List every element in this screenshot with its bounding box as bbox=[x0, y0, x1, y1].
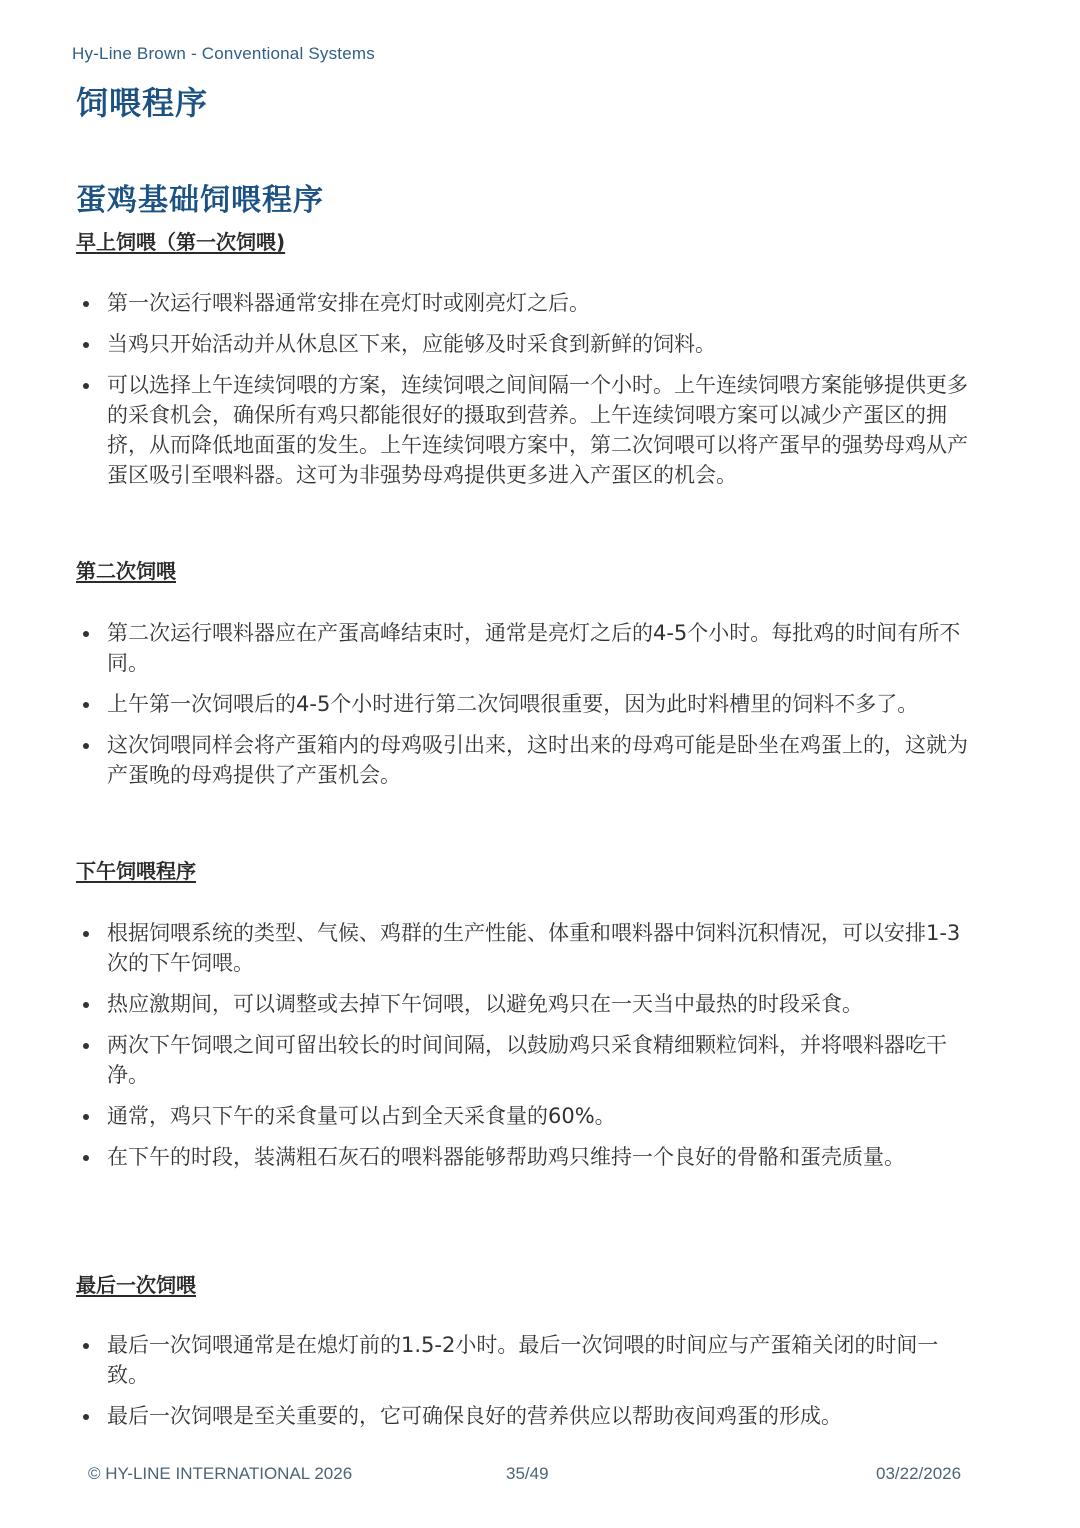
subheading-afternoon-feeding: 下午饲喂程序 bbox=[76, 855, 196, 884]
list-item: 上午第一次饲喂后的4-5个小时进行第二次饲喂很重要，因为此时料槽里的饲料不多了。 bbox=[80, 689, 975, 719]
list-item-text: 当鸡只开始活动并从休息区下来，应能够及时采食到新鲜的饲料。 bbox=[107, 332, 716, 356]
list-item-text: 可以选择上午连续饲喂的方案，连续饲喂之间间隔一个小时。上午连续饲喂方案能够提供更… bbox=[107, 373, 968, 487]
list-item: 两次下午饲喂之间可留出较长的时间间隔，以鼓励鸡只采食精细颗粒饲料，并将喂料器吃干… bbox=[80, 1030, 975, 1090]
list-item: 最后一次饲喂是至关重要的，它可确保良好的营养供应以帮助夜间鸡蛋的形成。 bbox=[80, 1401, 975, 1431]
bullet-icon bbox=[83, 1002, 89, 1008]
list-item: 这次饲喂同样会将产蛋箱内的母鸡吸引出来，这时出来的母鸡可能是卧坐在鸡蛋上的，这就… bbox=[80, 730, 975, 790]
list-item: 通常，鸡只下午的采食量可以占到全天采食量的60%。 bbox=[80, 1101, 975, 1131]
section-title: 蛋鸡基础饲喂程序 bbox=[76, 175, 324, 219]
document-subtitle: Hy-Line Brown - Conventional Systems bbox=[72, 44, 375, 64]
bullet-icon bbox=[83, 702, 89, 708]
list-item-text: 在下午的时段，装满粗石灰石的喂料器能够帮助鸡只维持一个良好的骨骼和蛋壳质量。 bbox=[107, 1145, 905, 1169]
list-item-text: 最后一次饲喂是至关重要的，它可确保良好的营养供应以帮助夜间鸡蛋的形成。 bbox=[107, 1404, 842, 1428]
footer-page-number: 35/49 bbox=[506, 1464, 549, 1484]
list-item: 热应激期间，可以调整或去掉下午饲喂，以避免鸡只在一天当中最热的时段采食。 bbox=[80, 989, 975, 1019]
bullet-icon bbox=[83, 631, 89, 637]
footer-copyright: © HY-LINE INTERNATIONAL 2026 bbox=[88, 1464, 352, 1484]
bullet-icon bbox=[83, 1343, 89, 1349]
document-page: Hy-Line Brown - Conventional Systems 饲喂程… bbox=[0, 0, 1080, 1528]
list-item-text: 通常，鸡只下午的采食量可以占到全天采食量的60%。 bbox=[107, 1104, 616, 1128]
list-item: 可以选择上午连续饲喂的方案，连续饲喂之间间隔一个小时。上午连续饲喂方案能够提供更… bbox=[80, 370, 975, 490]
bullet-icon bbox=[83, 1114, 89, 1120]
list-item: 第二次运行喂料器应在产蛋高峰结束时，通常是亮灯之后的4-5个小时。每批鸡的时间有… bbox=[80, 618, 975, 678]
page-title: 饲喂程序 bbox=[76, 78, 208, 124]
list-item-text: 最后一次饲喂通常是在熄灯前的1.5-2小时。最后一次饲喂的时间应与产蛋箱关闭的时… bbox=[107, 1333, 938, 1387]
bullet-icon bbox=[83, 931, 89, 937]
bullet-icon bbox=[83, 342, 89, 348]
bullet-icon bbox=[83, 383, 89, 389]
subheading-morning-feeding: 早上饲喂（第一次饲喂) bbox=[76, 226, 285, 255]
bullet-list-second-feeding: 第二次运行喂料器应在产蛋高峰结束时，通常是亮灯之后的4-5个小时。每批鸡的时间有… bbox=[80, 618, 975, 801]
list-item-text: 根据饲喂系统的类型、气候、鸡群的生产性能、体重和喂料器中饲料沉积情况，可以安排1… bbox=[107, 921, 960, 975]
list-item: 根据饲喂系统的类型、气候、鸡群的生产性能、体重和喂料器中饲料沉积情况，可以安排1… bbox=[80, 918, 975, 978]
bullet-icon bbox=[83, 1043, 89, 1049]
bullet-icon bbox=[83, 1414, 89, 1420]
list-item-text: 两次下午饲喂之间可留出较长的时间间隔，以鼓励鸡只采食精细颗粒饲料，并将喂料器吃干… bbox=[107, 1033, 947, 1087]
list-item: 最后一次饲喂通常是在熄灯前的1.5-2小时。最后一次饲喂的时间应与产蛋箱关闭的时… bbox=[80, 1330, 975, 1390]
bullet-list-morning-feeding: 第一次运行喂料器通常安排在亮灯时或刚亮灯之后。 当鸡只开始活动并从休息区下来，应… bbox=[80, 288, 975, 501]
list-item: 第一次运行喂料器通常安排在亮灯时或刚亮灯之后。 bbox=[80, 288, 975, 318]
subheading-second-feeding: 第二次饲喂 bbox=[76, 555, 176, 584]
list-item-text: 这次饲喂同样会将产蛋箱内的母鸡吸引出来，这时出来的母鸡可能是卧坐在鸡蛋上的，这就… bbox=[107, 733, 968, 787]
bullet-icon bbox=[83, 743, 89, 749]
list-item-text: 上午第一次饲喂后的4-5个小时进行第二次饲喂很重要，因为此时料槽里的饲料不多了。 bbox=[107, 692, 918, 716]
subheading-last-feeding: 最后一次饲喂 bbox=[76, 1269, 196, 1298]
list-item: 在下午的时段，装满粗石灰石的喂料器能够帮助鸡只维持一个良好的骨骼和蛋壳质量。 bbox=[80, 1142, 975, 1172]
list-item: 当鸡只开始活动并从休息区下来，应能够及时采食到新鲜的饲料。 bbox=[80, 329, 975, 359]
bullet-list-last-feeding: 最后一次饲喂通常是在熄灯前的1.5-2小时。最后一次饲喂的时间应与产蛋箱关闭的时… bbox=[80, 1330, 975, 1442]
list-item-text: 第一次运行喂料器通常安排在亮灯时或刚亮灯之后。 bbox=[107, 291, 590, 315]
bullet-icon bbox=[83, 1155, 89, 1161]
list-item-text: 第二次运行喂料器应在产蛋高峰结束时，通常是亮灯之后的4-5个小时。每批鸡的时间有… bbox=[107, 621, 960, 675]
bullet-list-afternoon-feeding: 根据饲喂系统的类型、气候、鸡群的生产性能、体重和喂料器中饲料沉积情况，可以安排1… bbox=[80, 918, 975, 1183]
list-item-text: 热应激期间，可以调整或去掉下午饲喂，以避免鸡只在一天当中最热的时段采食。 bbox=[107, 992, 863, 1016]
footer-date: 03/22/2026 bbox=[876, 1464, 961, 1484]
bullet-icon bbox=[83, 301, 89, 307]
